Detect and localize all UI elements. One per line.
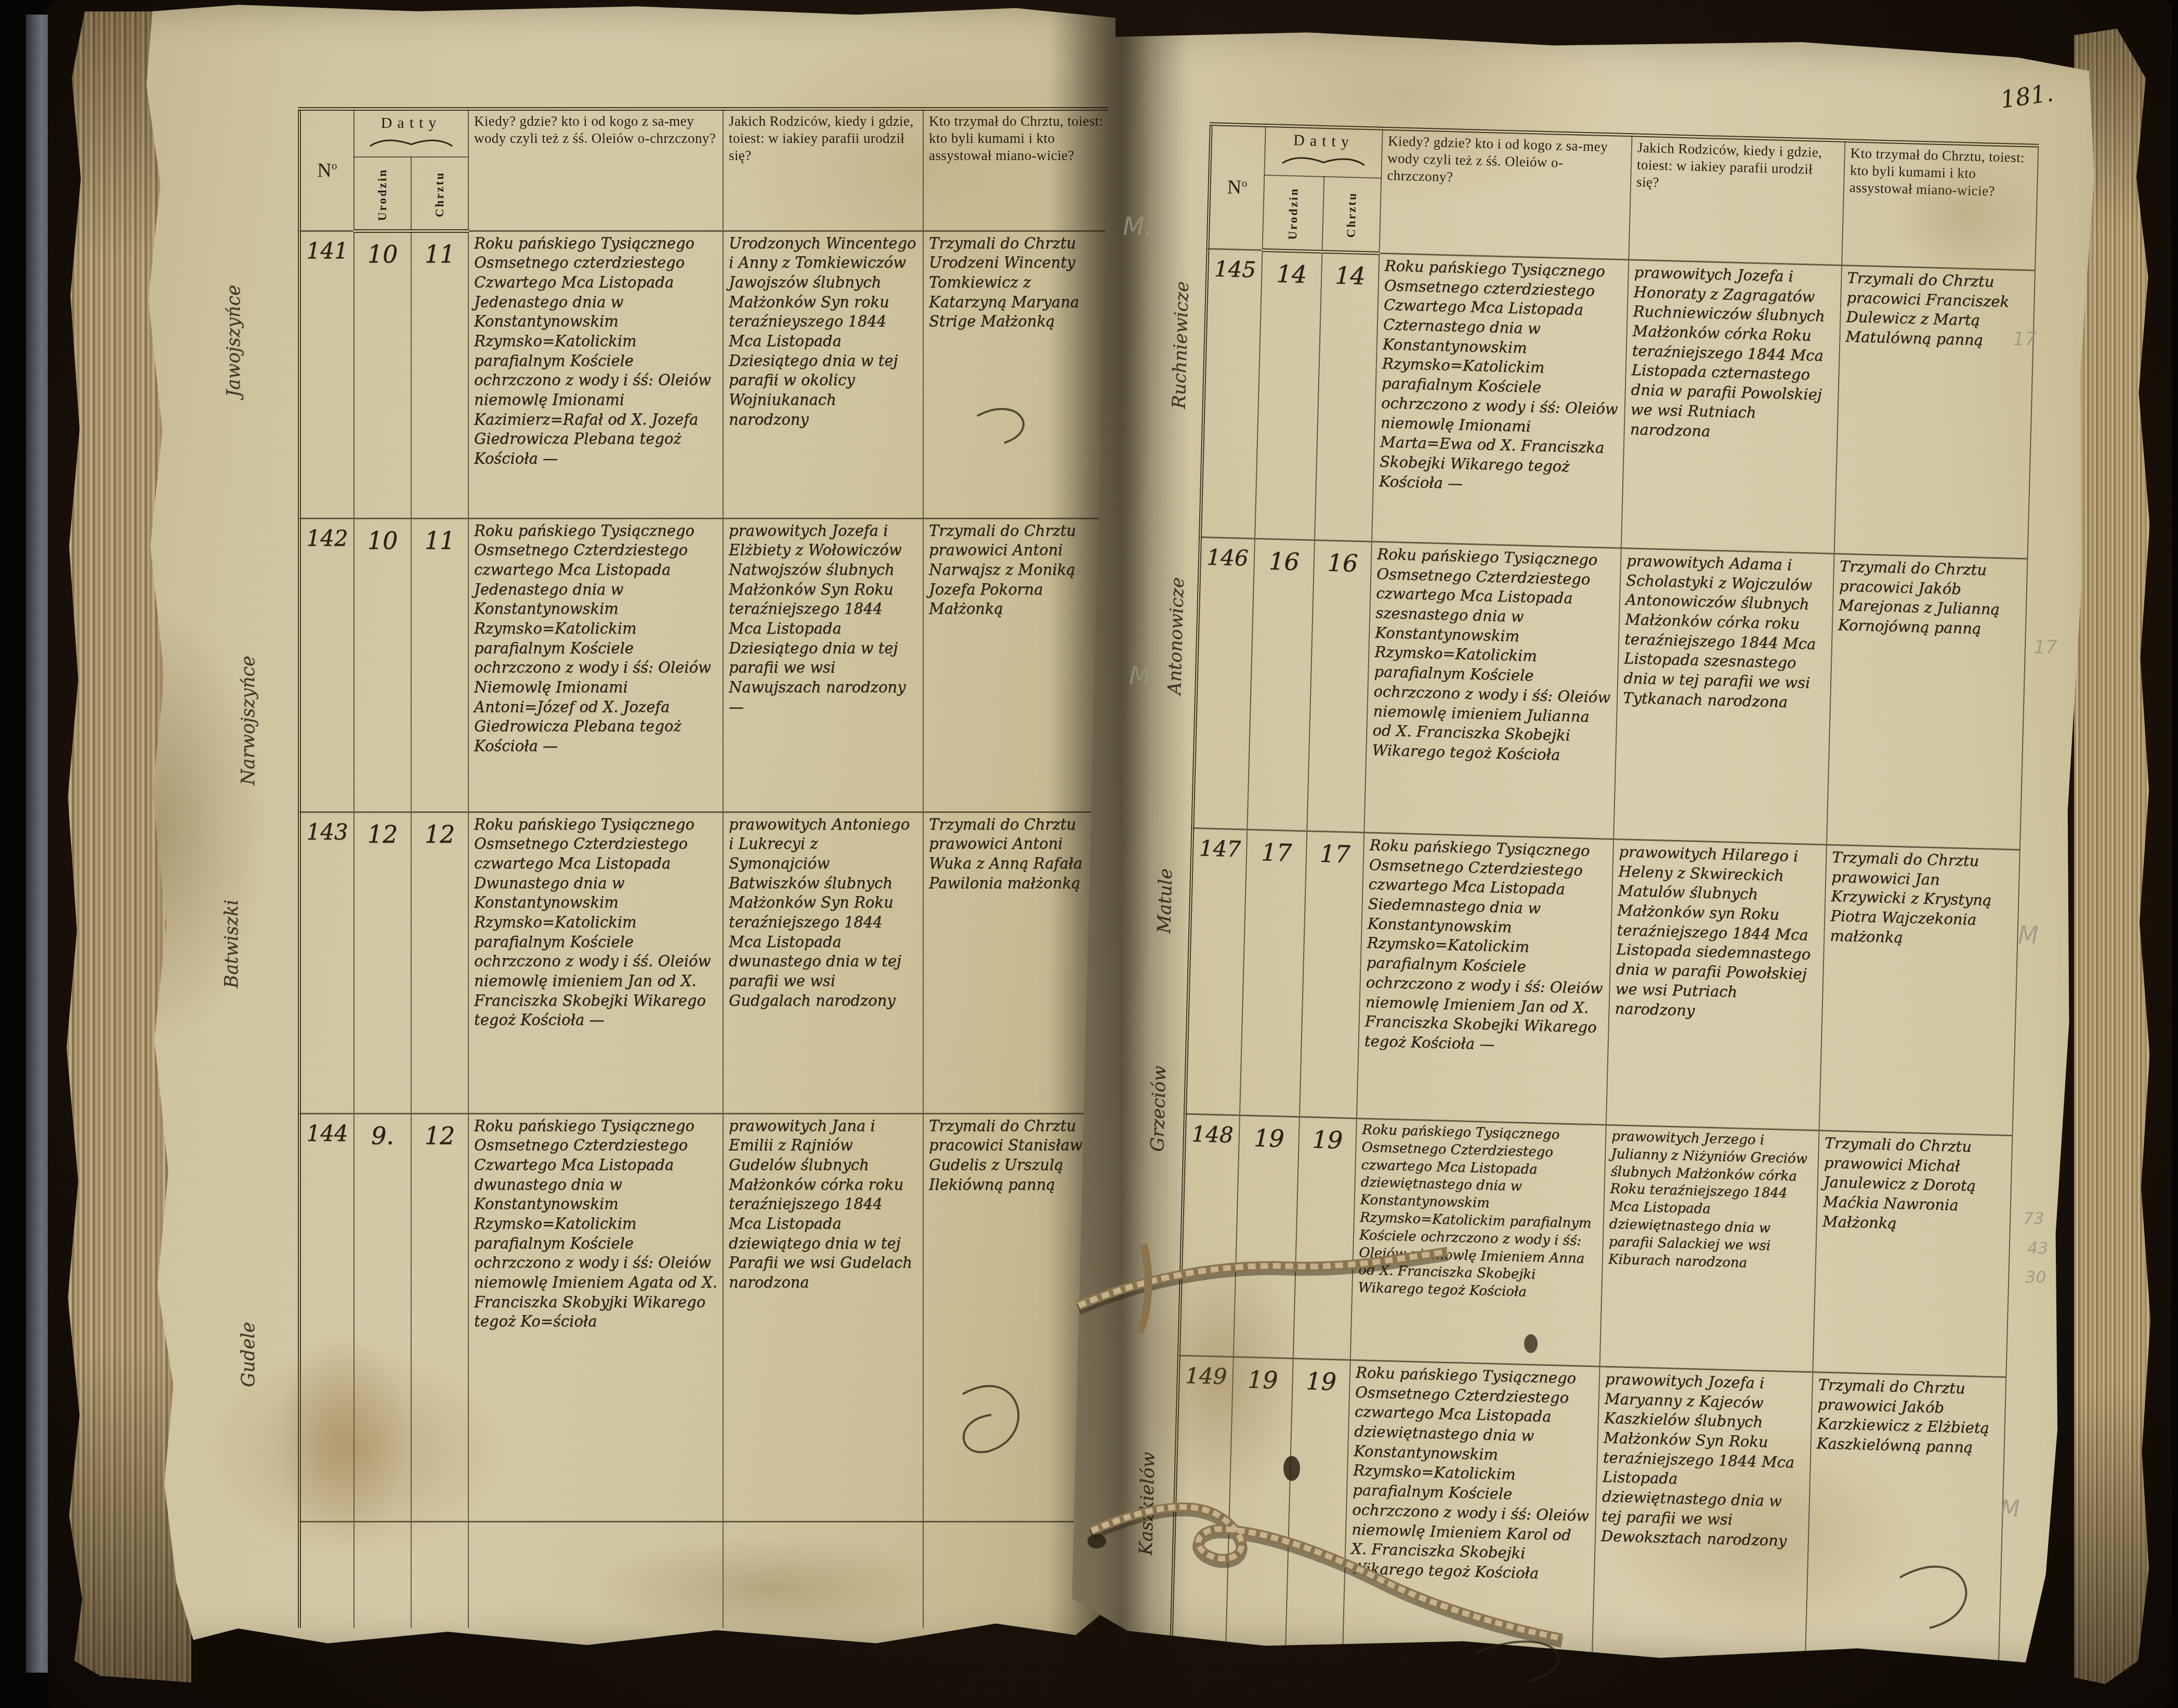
row-number: 143 (306, 815, 348, 847)
header-datty-label: Datty (381, 114, 442, 132)
baptism-date: 19 (1298, 1361, 1345, 1398)
row-number: 142 (306, 521, 348, 553)
parents-entry: prawowitych Jerzego i Julianny z Niżynió… (1608, 1128, 1813, 1273)
baptism-date: 19 (1304, 1120, 1351, 1157)
row-number: 144 (306, 1116, 348, 1148)
birth-date: 19 (1238, 1360, 1288, 1396)
baptism-entry: Roku pańskiego Tysiącznego Osmsetnego Cz… (1358, 1121, 1600, 1303)
baptism-date: 11 (417, 235, 463, 270)
parents-entry: prawowitych Jozefa i Honoraty z Zagragat… (1630, 263, 1836, 444)
baptism-entry: Roku pańskiego Tysiącznego Osmsetnego Cz… (474, 815, 717, 1031)
birth-date: 10 (360, 521, 405, 557)
pencil-mark: 73 (2023, 1208, 2044, 1228)
pencil-mark: M (2018, 921, 2039, 949)
baptism-entry: Roku pańskiego Tysiącznego Osmsetnego cz… (474, 234, 717, 469)
baptism-date: 12 (417, 1116, 463, 1152)
header-godparents-question: Kto trzymał do Chrztu, toiest: kto byli … (1842, 141, 2038, 271)
margin-note-village: Gudele (248, 1355, 314, 1375)
godparents-entry: Trzymali do Chrztu pracowici Franciszek … (1845, 268, 2029, 351)
margin-note-village: Jawojszyńce (234, 341, 346, 362)
header-baptism-question: Kiedy? gdzie? kto i od kogo z sa-mey wod… (1379, 128, 1632, 259)
parents-entry: prawowitych Hilarego i Heleny z Skwireck… (1615, 842, 1821, 1023)
parents-entry: Urodzonych Wincentego i Anny z Tomkiewic… (729, 234, 917, 430)
header-datty: Datty (354, 109, 468, 157)
header-sub-baptism: Chrztu (411, 157, 468, 231)
godparents-entry: Trzymali do Chrztu prawowici Jan Krzywic… (1830, 848, 2014, 951)
godparents-entry: Trzymali do Chrztu prawowici Antoni Narw… (929, 521, 1107, 619)
row-number: 145 (1214, 252, 1257, 284)
birth-date: 9. (360, 1116, 405, 1152)
pencil-mark: 17 (2013, 329, 2037, 350)
empty-cell (468, 1521, 723, 1628)
header-datty-label: Datty (1293, 132, 1354, 150)
left-page: No Datty Kiedy? gdzie? kto i od kogo z s… (119, 3, 1116, 1648)
baptism-entry: Roku pańskiego Tysiącznego Osmsetnego Cz… (474, 521, 717, 756)
row-number: 146 (1206, 540, 1249, 573)
margin-note-village: Batwiszki (232, 944, 321, 965)
parents-entry: prawowitych Jozefa i Maryanny z Kajeców … (1601, 1370, 1807, 1551)
baptism-entry: Roku pańskiego Tysiącznego Osmsetnego Cz… (1350, 1363, 1594, 1584)
godparents-entry: Trzymali do Chrztu prawowici Jakób Karzk… (1816, 1375, 2000, 1459)
header-sub-birth: Urodzin (1263, 175, 1324, 252)
row-number: 149 (1185, 1359, 1228, 1391)
birth-date: 12 (360, 815, 405, 850)
birth-date: 16 (1259, 542, 1309, 578)
margin-note-family: Ruchniewicze (1180, 345, 1308, 369)
header-sub-birth: Urodzin (354, 157, 411, 231)
baptism-date: 17 (1311, 834, 1358, 871)
row-number: 141 (306, 234, 348, 266)
header-sub-baptism: Chrztu (1322, 176, 1382, 253)
header-no: No (299, 109, 354, 231)
header-no: No (1208, 124, 1266, 251)
godparents-entry: Trzymali do Chrztu Urodzeni Wincenty Tom… (929, 234, 1107, 332)
register-table-left: No Datty Kiedy? gdzie? kto i od kogo z s… (298, 107, 1113, 1628)
margin-note-family: Kaszkielów (1147, 1504, 1251, 1527)
row-number: 147 (1199, 831, 1242, 864)
header-parents-question: Jakich Rodziców, kiedy i gdzie, toiest: … (723, 109, 923, 231)
baptism-entry: Roku pańskiego Tysiącznego Osmsetnego Cz… (1364, 836, 1608, 1057)
godparents-entry: Trzymali do Chrztu pracowici Stanisław G… (929, 1116, 1107, 1195)
baptism-date: 11 (417, 521, 463, 557)
baptism-entry: Roku pańskiego Tysiącznego Osmsetnego Cz… (1372, 545, 1616, 766)
pencil-mark: 43 (2027, 1238, 2049, 1258)
header-godparents-question: Kto trzymał do Chrztu, toiest: kto byli … (923, 109, 1113, 231)
datty-brace (367, 139, 455, 147)
datty-brace (1279, 155, 1367, 166)
header-parents-question: Jakich Rodziców, kiedy i gdzie, toiest: … (1629, 135, 1845, 266)
pencil-mark: M. (1123, 212, 1152, 241)
margin-note-family: Matule (1165, 901, 1230, 923)
margin-note-family: Antonowicze (1176, 636, 1294, 660)
godparents-entry: Trzymali do Chrztu pracowici Jakób Marej… (1838, 557, 2022, 640)
baptism-entry: Roku pańskiego Tysiącznego Osmsetnego Cz… (474, 1116, 717, 1332)
empty-cell (411, 1521, 468, 1628)
margin-note-village: Narwojszyńce (248, 720, 378, 741)
header-datty: Datty (1264, 125, 1382, 178)
birth-date: 10 (360, 235, 405, 270)
pencil-mark: 30 (2025, 1267, 2046, 1287)
baptism-date: 14 (1327, 256, 1374, 292)
empty-cell (354, 1521, 411, 1628)
pencil-mark: 17 (2033, 637, 2057, 658)
scanned-register-spread: No Datty Kiedy? gdzie? kto i od kogo z s… (0, 0, 2178, 1708)
right-page: No Datty Kiedy? gdzie? kto i od kogo z s… (1068, 21, 2097, 1673)
pencil-mark: M (1129, 661, 1150, 690)
parents-entry: prawowitych Jana i Emilii z Rajniów Gude… (729, 1116, 917, 1293)
margin-note-family: Grzeciów (1158, 1109, 1245, 1132)
pencil-mark: M (2000, 1496, 2020, 1522)
baptism-date: 16 (1319, 543, 1366, 580)
birth-date: 17 (1252, 833, 1301, 869)
parents-entry: prawowitych Antoniego i Lukrecyi z Symon… (729, 815, 917, 1011)
godparents-entry: Trzymali do Chrztu prawowici Michał Janu… (1822, 1134, 2007, 1237)
birth-date: 14 (1267, 254, 1317, 291)
birth-date: 19 (1244, 1119, 1294, 1155)
empty-cell (299, 1521, 354, 1628)
baptism-date: 12 (417, 815, 463, 850)
parents-entry: prawowitych Adama i Scholastyki z Wojczu… (1623, 551, 1829, 713)
header-baptism-question: Kiedy? gdzie? kto i od kogo z sa-mey wod… (468, 109, 723, 231)
empty-cell (723, 1521, 923, 1628)
parents-entry: prawowitych Jozefa i Elżbiety z Wołowicz… (729, 521, 917, 717)
godparents-entry: Trzymali do Chrztu prawowici Antoni Wuka… (929, 815, 1107, 894)
baptism-entry: Roku pańskiego Tysiącznego Osmsetnego cz… (1379, 256, 1623, 497)
